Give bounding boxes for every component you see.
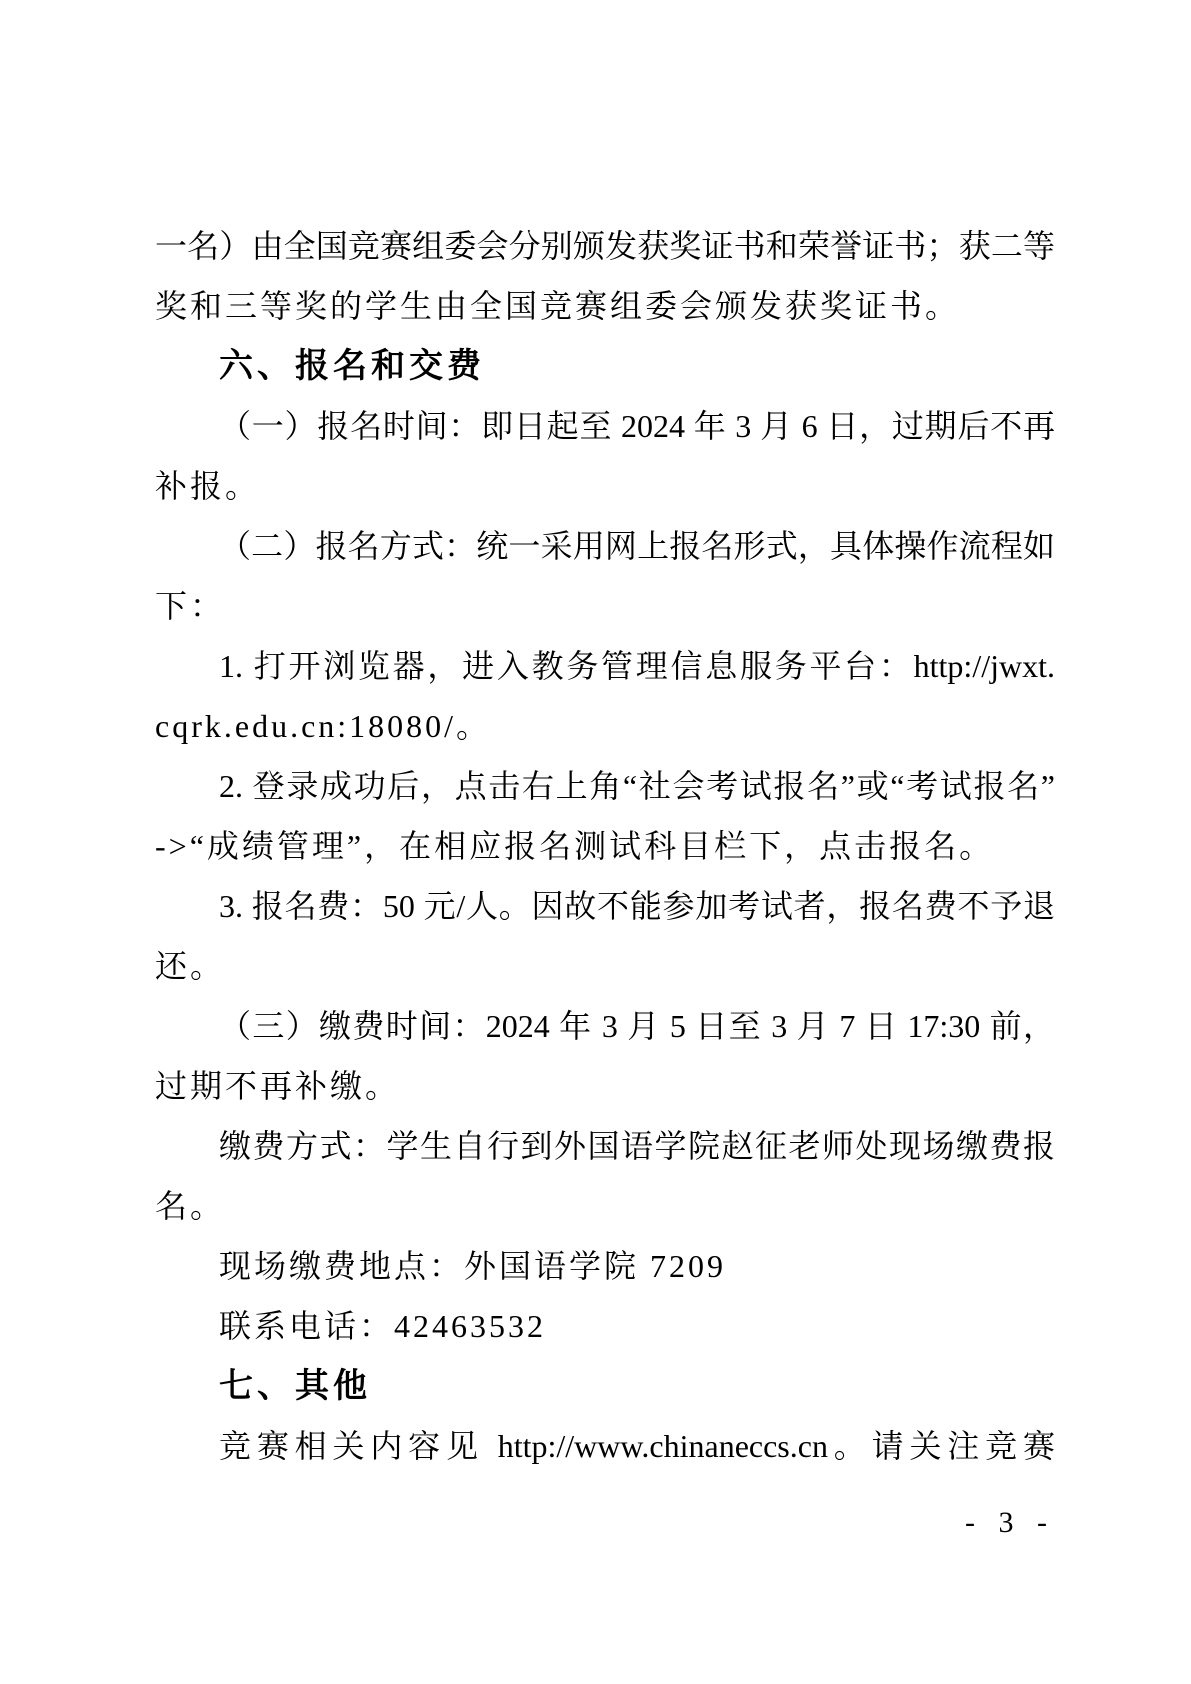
body-line-url: 竞赛相关内容见 http://www.chinaneccs.cn。请关注竞赛: [155, 1416, 1055, 1476]
body-line: （一）报名时间：即日起至 2024 年 3 月 6 日，过期后不再: [155, 396, 1055, 456]
document-body: 一名）由全国竞赛组委会分别颁发获奖证书和荣誉证书；获二等 奖和三等奖的学生由全国…: [155, 216, 1055, 1476]
page-number: - 3 -: [965, 1505, 1055, 1541]
body-line-url: 1. 打开浏览器，进入教务管理信息服务平台：http://jwxt.: [155, 636, 1055, 696]
body-line: 还。: [155, 936, 1055, 996]
body-line: 联系电话：42463532: [155, 1296, 1055, 1356]
body-line: 过期不再补缴。: [155, 1056, 1055, 1116]
body-line: （二）报名方式：统一采用网上报名形式，具体操作流程如: [155, 516, 1055, 576]
body-line: 补报。: [155, 456, 1055, 516]
body-line: ->“成绩管理”，在相应报名测试科目栏下，点击报名。: [155, 816, 1055, 876]
body-line: （三）缴费时间：2024 年 3 月 5 日至 3 月 7 日 17:30 前，: [155, 996, 1055, 1056]
body-line: 一名）由全国竞赛组委会分别颁发获奖证书和荣誉证书；获二等: [155, 216, 1055, 276]
body-line: 名。: [155, 1176, 1055, 1236]
body-line: 2. 登录成功后，点击右上角“社会考试报名”或“考试报名”: [155, 756, 1055, 816]
body-line: 3. 报名费：50 元/人。因故不能参加考试者，报名费不予退: [155, 876, 1055, 936]
document-page: 一名）由全国竞赛组委会分别颁发获奖证书和荣誉证书；获二等 奖和三等奖的学生由全国…: [0, 0, 1191, 1684]
body-line-url: cqrk.edu.cn:18080/。: [155, 696, 1055, 756]
body-line: 现场缴费地点：外国语学院 7209: [155, 1236, 1055, 1296]
body-line: 奖和三等奖的学生由全国竞赛组委会颁发获奖证书。: [155, 276, 1055, 336]
body-line: 下：: [155, 576, 1055, 636]
section-heading-6: 六、报名和交费: [155, 336, 1055, 396]
section-heading-7: 七、其他: [155, 1356, 1055, 1416]
body-line: 缴费方式：学生自行到外国语学院赵征老师处现场缴费报: [155, 1116, 1055, 1176]
